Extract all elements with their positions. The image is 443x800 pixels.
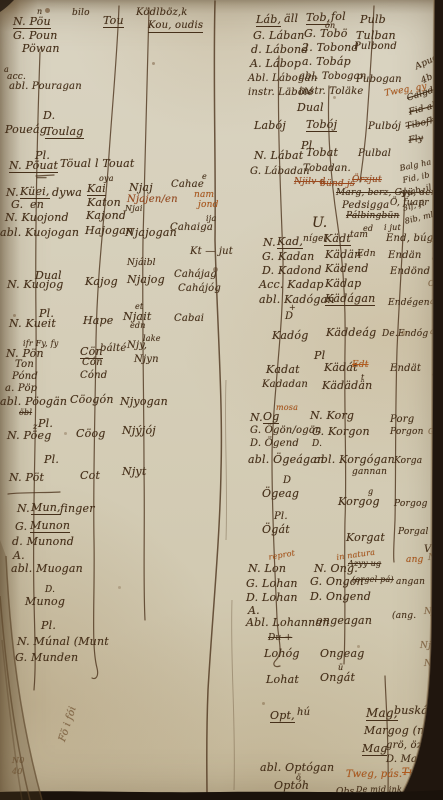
handwritten-word: jond [198,201,219,210]
handwritten-word: N. Pön [6,348,44,359]
handwritten-word: Og [263,411,279,424]
handwritten-word: N. Kuojog [7,279,63,290]
handwritten-word: N. Pöu [13,16,51,29]
handwritten-word: Kadat [266,364,300,375]
handwritten-word: Edt [352,361,369,370]
handwritten-word: G. Munden [15,652,78,663]
handwritten-word: Munon [30,520,70,533]
handwritten-word: reprot [268,549,296,562]
handwritten-word: Mag [362,743,387,756]
handwritten-word: Ögeag [262,488,299,499]
handwritten-word: 4b [420,73,435,86]
handwritten-word: Pulb [360,14,386,25]
handwritten-word: t [361,374,364,382]
handwritten-word: i jut [384,224,401,232]
handwritten-word: Ton [15,360,34,370]
handwritten-word: finger [60,503,95,514]
handwritten-word: Apud [414,54,440,73]
handwritten-word: a. Pöp [5,384,37,394]
handwritten-word: abl. Pouragan [9,82,82,92]
handwritten-word: Njýjój [122,425,156,436]
handwritten-word: Kajond [86,210,126,221]
handwritten-word: Cahájóg [178,284,221,294]
handwritten-word: Cot [80,470,100,481]
handwritten-word: G. Ögön/ogön [250,426,322,436]
handwritten-word: Kad, [277,236,303,249]
handwritten-word: Njyn [134,355,159,365]
handwritten-word: Acc. Kadap [259,279,324,290]
handwritten-word: Tou [103,15,124,28]
handwritten-word: Pl. [41,620,56,631]
handwritten-word: De mid ink voit and [356,786,439,794]
handwritten-word: N. [263,237,276,248]
handwritten-word: N. Pöeg [7,430,51,441]
handwritten-word: Porgon [390,428,424,437]
handwritten-word: n [37,8,42,16]
handwritten-word: angan [396,578,425,587]
handwritten-word: Tweg, pás. [346,770,402,780]
handwritten-word: A. [248,605,260,616]
handwritten-word: D. Lohan [246,592,298,603]
handwritten-word: G. Lában [253,30,305,41]
handwritten-word: Kädágan [325,293,375,306]
handwritten-word: nam [194,191,214,200]
handwritten-word: abl. Kuojogan [0,227,79,238]
handwritten-word: D. [312,440,322,449]
handwritten-word: Láb, [256,14,281,27]
handwritten-word: Korga [394,457,422,466]
handwritten-word: Cabai [174,314,204,324]
handwritten-word: G. [15,521,27,532]
handwritten-word: Porg [390,415,414,425]
handwritten-word: abl. Korgógan [314,454,395,465]
handwritten-word: — [36,172,47,183]
handwritten-word: grö, öz [386,741,422,751]
handwritten-word: 2. Tobond [302,42,359,53]
handwritten-word: Fly [408,134,424,145]
handwritten-word: Endönd [390,267,430,277]
handwritten-word: Njog [420,642,443,651]
handwritten-word: N. Pöt [9,472,44,483]
handwritten-word: d. Lábond [251,44,309,55]
handwritten-word: Njyt [122,466,146,477]
handwritten-word: G. Poun [13,30,58,41]
handwritten-word: Ködlböz,k [136,8,188,18]
handwritten-word: N. Lábat [254,150,303,161]
handwritten-word: Cöog [76,428,106,439]
handwritten-word: Pöwan [22,43,60,54]
handwritten-word: De.Endóg [382,330,428,339]
handwritten-word: G. [11,199,23,210]
handwritten-word: en [30,199,44,210]
handwritten-word: D. Ögend [250,439,299,449]
handwritten-word: Munog [25,596,65,607]
handwritten-word: abl. Pöogän [0,396,67,407]
handwritten-word: Opt, [270,710,295,723]
manuscript-scan: N. PöunbiloTouKödlböz,kKou, oudisG. Poun… [0,0,443,800]
handwritten-word: Mun, [31,502,61,515]
handwritten-word: D [283,476,291,486]
handwritten-word: Kai [87,183,106,196]
handwritten-word: N. [250,412,263,423]
handwritten-word: Pubogan [356,75,402,85]
handwritten-word: Kadadan [262,380,308,390]
handwritten-word: Pulbal [358,149,391,159]
handwritten-word: G. Tobö [304,28,348,39]
handwritten-word: oya [99,175,114,183]
handwritten-word: instr. Toläke [299,87,363,97]
handwritten-word: Obs [336,788,354,797]
handwritten-word: öbl [19,409,32,417]
handwritten-word: an [430,328,440,336]
handwritten-word: as [432,370,441,378]
handwritten-word: Pl. [44,454,59,465]
handwritten-word: Ongeag [320,648,364,659]
handwritten-word: Toulag [45,126,84,139]
handwritten-word: Tulban [356,30,396,41]
handwritten-word: hú [297,708,310,718]
handwritten-word: Kadóg [272,330,308,341]
handwritten-word: ang [406,556,424,565]
handwritten-word: d. Munond [12,536,74,547]
handwritten-word: Endät [390,364,421,374]
handwritten-word: Njajog [127,274,165,285]
handwritten-word: Lohat [266,674,299,685]
handwritten-word: Poueág [5,124,47,135]
handwritten-word: e [202,173,207,181]
handwritten-word: Tulzö [402,768,431,778]
handwritten-word: Töual l Touat [60,158,135,169]
handwritten-word: Cón [82,358,103,368]
handwritten-word: Azyy ug [348,560,381,568]
handwritten-word: Endän [388,251,422,261]
handwritten-word: Cónd [80,371,107,381]
handwritten-word: Endégen [388,299,430,308]
handwritten-word: Onj [428,280,443,288]
handwritten-word: Njó [424,660,441,669]
handwritten-word: bálté [100,344,127,354]
handwritten-word: Pulbój [368,122,401,132]
handwritten-word: añ [432,254,442,262]
handwritten-word: Lohóg [264,648,300,659]
handwritten-word: ed [363,225,373,233]
handwritten-word: D. [45,586,55,595]
handwritten-word: Njyogan [120,396,168,407]
handwritten-word: G. Korgon [312,426,370,437]
handwritten-word: N. Lon [248,563,286,574]
handwritten-word: D. Margy [386,755,435,765]
handwritten-word: Fö i fói [58,705,79,743]
handwritten-word: End, búg [386,234,433,244]
handwritten-word: Edn [357,250,376,259]
handwritten-word: Kädädän [322,380,372,391]
handwritten-word: Pedsigga [342,201,389,211]
handwritten-word: N0 [12,757,25,765]
handwritten-word: Porgal [398,528,429,537]
handwritten-word: abl. Ögeágan [248,454,324,465]
handwritten-word: Bö [430,236,441,244]
handwritten-word: Optóh [274,780,309,791]
handwritten-word: Tobadan. [303,164,351,174]
handwritten-word: Njó [428,554,443,563]
handwritten-word: Porgog [394,500,428,509]
handwritten-word: Pulbond [354,42,397,52]
handwritten-word: A. [13,550,25,561]
handwritten-word: D. Ongend [310,591,371,602]
handwritten-word: N. Kueit [9,318,56,329]
handwritten-word: Kädt [324,233,351,246]
handwritten-word: añj [430,298,443,306]
handwritten-word: (ang. [392,612,416,621]
handwritten-word: Du + [268,634,292,643]
handwritten-word: Korgat [346,532,385,543]
handwritten-word: N. Kuojond [5,212,69,223]
handwritten-word: Cahae [171,180,204,190]
handwritten-word: g [368,488,373,496]
handwritten-word: Kajog [85,276,118,287]
handwritten-word: Kädap [325,278,361,289]
handwritten-word: Kädän [325,249,361,260]
handwritten-word: Kädend [325,263,369,274]
handwritten-word: N. [17,503,30,514]
handwritten-word: 40 [12,768,23,776]
handwritten-word: Margog (morgó [364,725,443,736]
handwritten-word: Pl. [274,512,288,522]
handwritten-word: N. [6,187,19,198]
handwritten-word: 8ib, ml [404,211,434,226]
handwritten-word: (orgel pá) [352,576,394,584]
handwritten-word: Njaj [129,182,153,193]
handwritten-word: G. Kadan [262,251,314,262]
handwritten-word: Cahájag [174,270,217,280]
handwritten-word: Käddeág [326,327,376,338]
handwritten-word: N. Múnal (Munt [17,636,109,647]
handwritten-word: bilo [72,9,90,18]
handwritten-word: Dual [297,102,324,113]
handwritten-word: ö [296,774,301,782]
handwriting-layer: N. PöunbiloTouKödlböz,kKou, oudisG. Poun… [0,0,443,800]
handwritten-word: abl. Optógan [260,762,334,773]
handwritten-word: D [285,312,293,322]
handwritten-word: be ne hard st [360,795,416,800]
handwritten-word: G. Lábadan [250,167,310,177]
handwritten-word: Njáibl [127,259,156,268]
handwritten-word: abl. Muogan [11,563,83,574]
handwritten-word: Cahaiga [170,223,213,233]
handwritten-word: Njai [125,205,143,213]
handwritten-word: ija [206,215,216,223]
handwritten-word: gannan [352,468,387,477]
handwritten-word: Kt — jut [190,247,233,257]
handwritten-word: abl. Kadógan [259,294,335,305]
handwritten-word: Tobat [306,147,338,158]
handwritten-word: A. Lábop [250,58,301,69]
handwritten-word: Tobój [306,119,337,132]
handwritten-word: Pónd [12,372,38,382]
handwritten-word: Örzjut [352,176,382,185]
handwritten-word: D. Kadond [262,265,322,276]
handwritten-word: Ögát [262,524,290,535]
handwritten-word: Labój [254,120,286,131]
handwritten-word: dywa [52,187,82,198]
handwritten-word: Pl. [38,418,53,429]
handwritten-word: N. Pöuat [9,160,58,173]
handwritten-word: Katon [87,197,121,208]
handwritten-word: D. [43,110,55,121]
handwritten-word: a. Tobáp [302,56,351,67]
handwritten-word: Pálbingbün [346,212,399,221]
handwritten-word: Cöogón [70,394,114,405]
handwritten-word: Mag, [366,707,398,721]
handwritten-word: buská [394,705,428,716]
handwritten-word: Hape [83,315,114,326]
handwritten-word: lake [143,335,161,343]
handwritten-word: Kou, oudis [148,21,203,33]
handwritten-word: Pl [314,350,325,361]
handwritten-word: U. [312,216,327,230]
handwritten-word: äll [284,13,298,24]
handwritten-word: edn [130,322,146,330]
handwritten-word: Korgog [338,496,380,507]
handwritten-word: Gi [428,428,437,436]
handwritten-word: ongeagan [316,615,372,626]
handwritten-word: Njo [424,608,441,617]
handwritten-word: G. Lohan [246,578,298,589]
handwritten-word: Ongát [320,672,355,683]
handwritten-word: N. Korg [310,410,354,421]
